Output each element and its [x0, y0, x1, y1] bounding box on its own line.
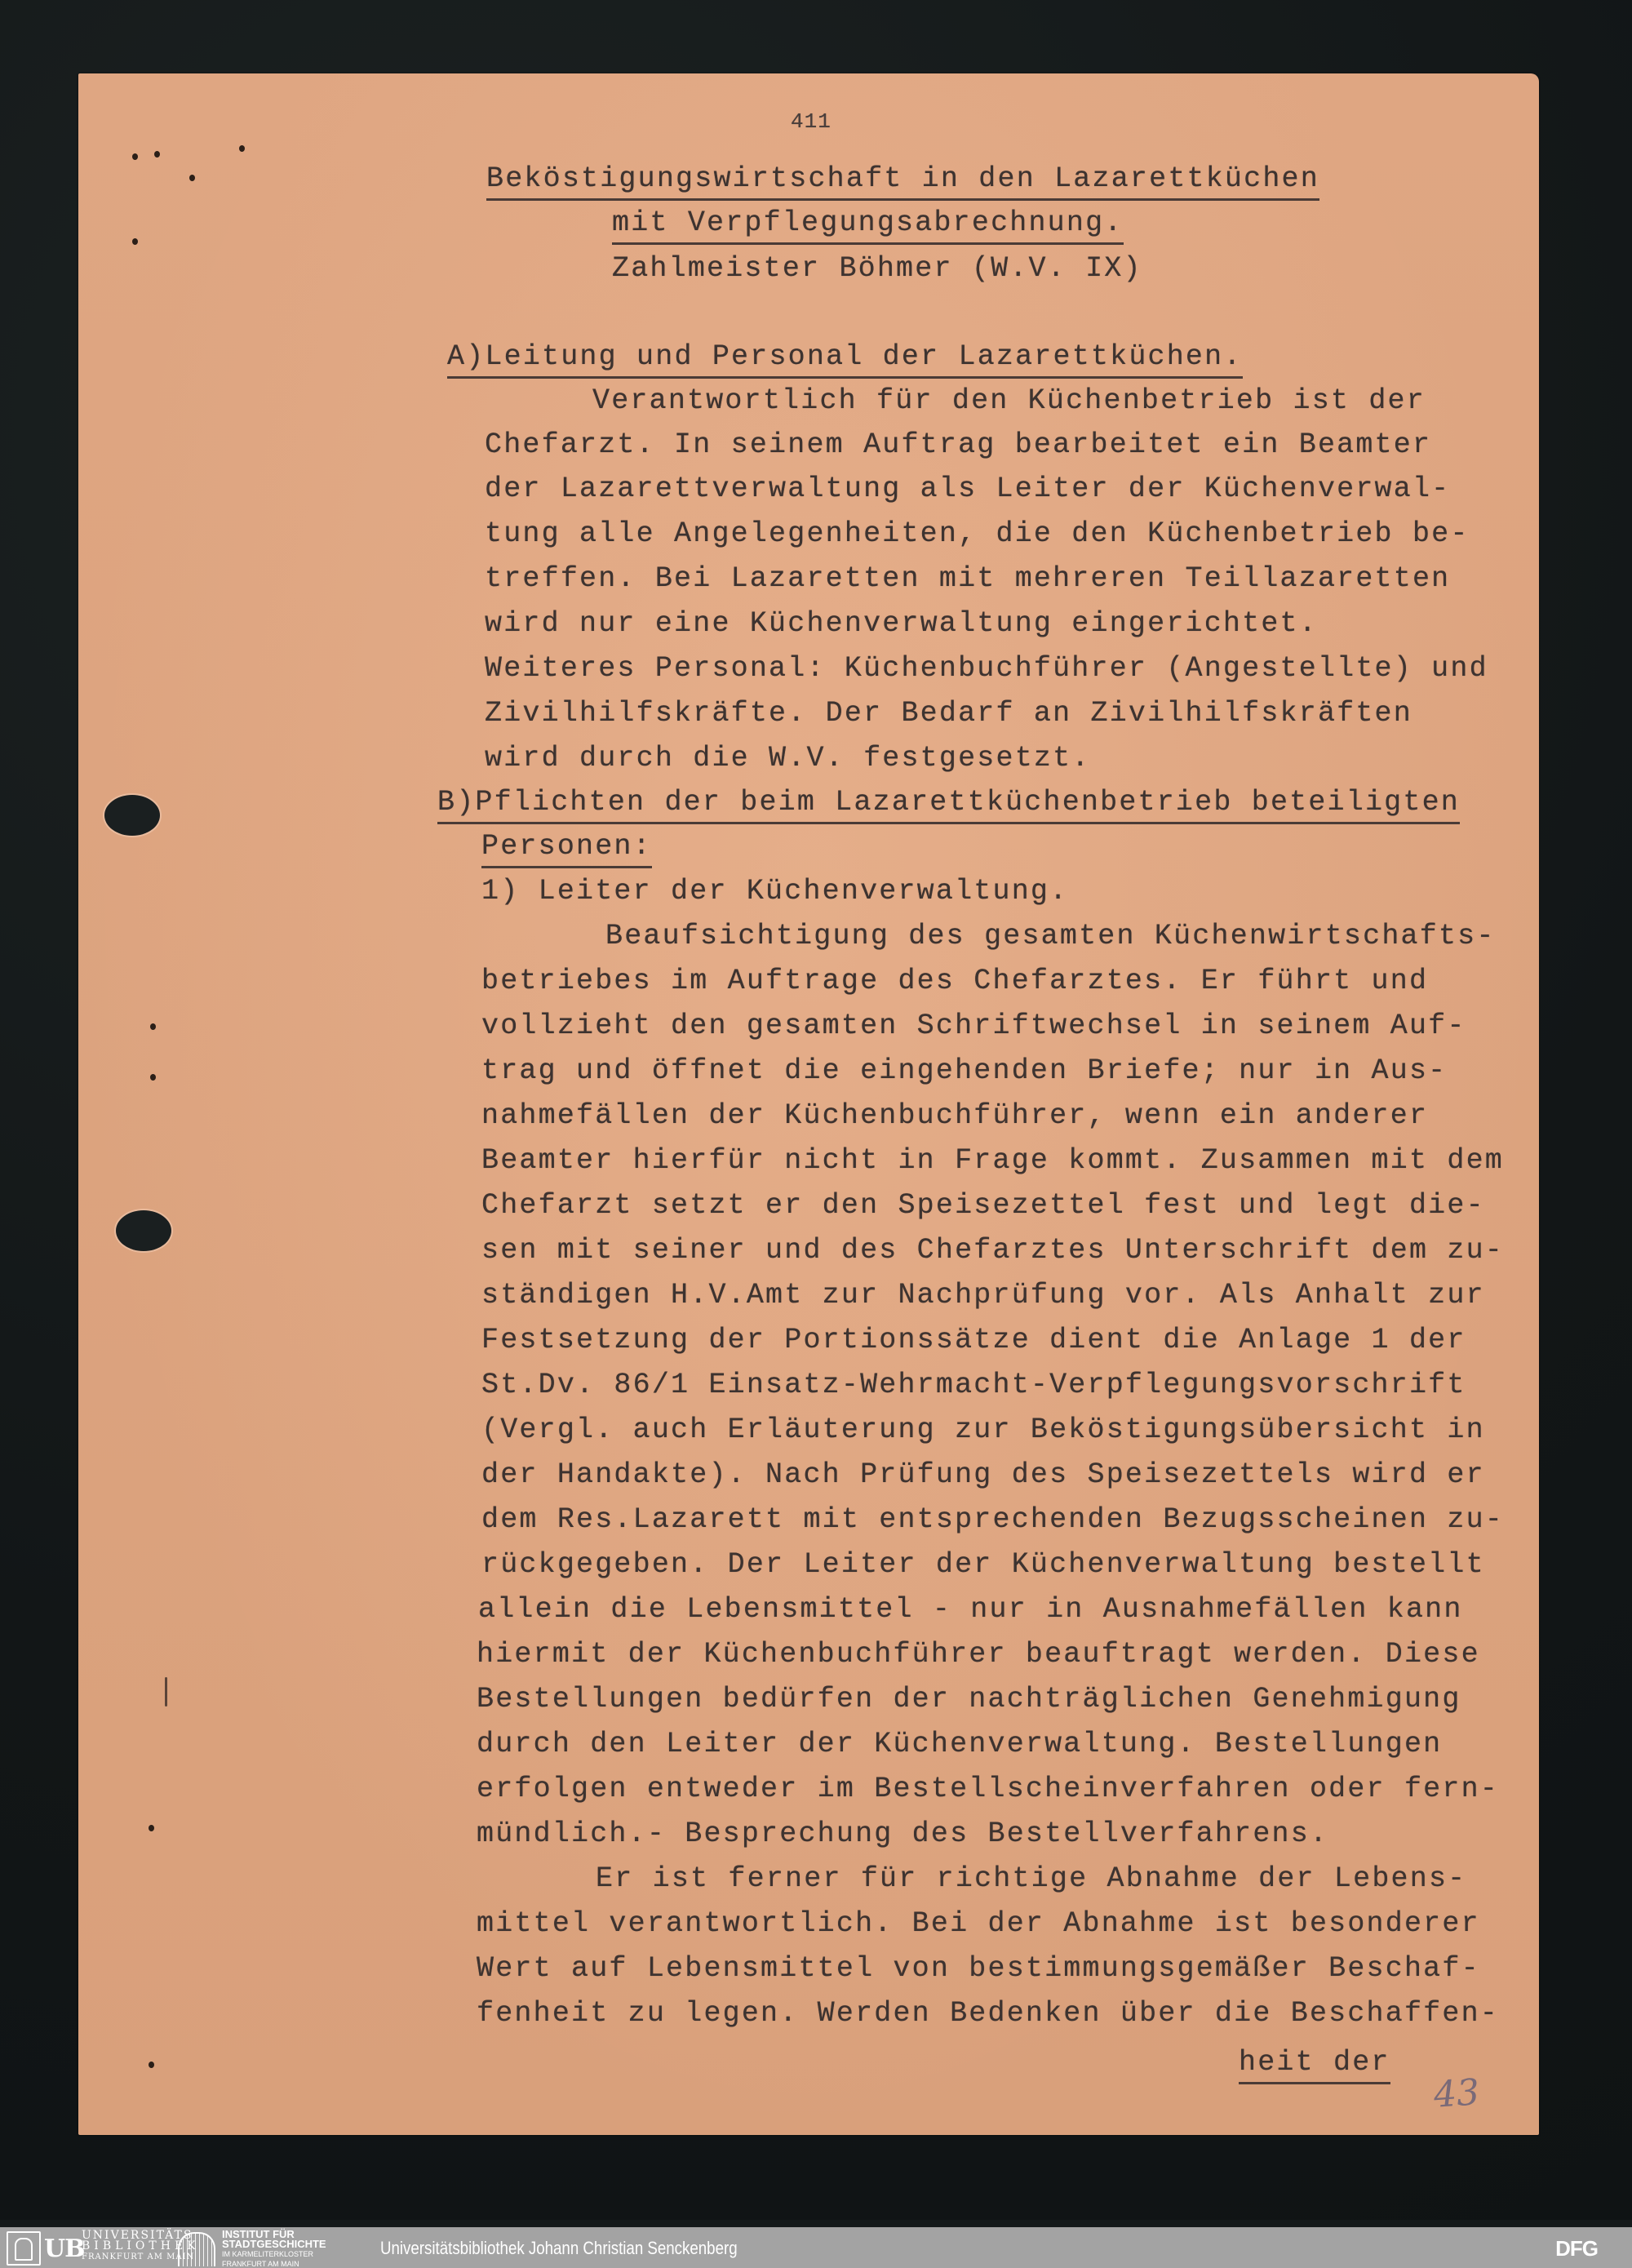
section-b-line: St.Dv. 86/1 Einsatz-Wehrmacht-Verpflegun…	[481, 1371, 1466, 1400]
margin-dot	[149, 2062, 154, 2068]
title-line-2: mit Verpflegungsabrechnung.	[612, 209, 1124, 245]
isg-wordmark: INSTITUT FÜR STADTGESCHICHTE IM KARMELIT…	[222, 2230, 326, 2268]
section-b-line: Er ist ferner für richtige Abnahme der L…	[596, 1865, 1466, 1893]
section-b-line: Chefarzt setzt er den Speisezettel fest …	[481, 1192, 1485, 1220]
catchword: heit der	[1239, 2048, 1390, 2084]
isg-line-2: STADTGESCHICHTE	[222, 2239, 326, 2249]
author-line: Zahlmeister Böhmer (W.V. IX)	[612, 255, 1142, 283]
section-a-line: Zivilhilfskräfte. Der Bedarf an Zivilhil…	[485, 699, 1412, 728]
section-a-line: der Lazarettverwaltung als Leiter der Kü…	[485, 475, 1450, 504]
section-b-heading-2: Personen:	[481, 832, 652, 868]
section-b-line: der Handakte). Nach Prüfung des Speiseze…	[481, 1461, 1485, 1489]
library-emblem-icon	[7, 2231, 41, 2266]
section-b-line: (Vergl. auch Erläuterung zur Beköstigung…	[481, 1416, 1485, 1445]
section-a-line: treffen. Bei Lazaretten mit mehreren Tei…	[485, 565, 1450, 593]
section-a-heading: A)Leitung und Personal der Lazarettküche…	[447, 343, 1243, 379]
section-a-line: wird durch die W.V. festgesetzt.	[485, 744, 1091, 773]
section-b-line: Beamter hierfür nicht in Frage kommt. Zu…	[481, 1147, 1504, 1175]
section-b-line: erfolgen entweder im Bestellscheinverfah…	[477, 1775, 1499, 1804]
section-a-line: Weiteres Personal: Küchenbuchführer (Ang…	[485, 655, 1488, 683]
footer-title: Universitätsbibliothek Johann Christian …	[380, 2238, 738, 2259]
margin-dot	[132, 153, 138, 160]
section-b-line: Festsetzung der Portionssätze dient die …	[481, 1326, 1466, 1355]
margin-dot	[150, 1074, 156, 1081]
section-b-line: trag und öffnet die eingehenden Briefe; …	[481, 1057, 1447, 1085]
margin-dot	[239, 145, 245, 152]
section-a-line: Chefarzt. In seinem Auftrag bearbeitet e…	[485, 431, 1431, 459]
section-b-line: fenheit zu legen. Werden Bedenken über d…	[477, 1999, 1499, 2028]
section-b-line: Bestellungen bedürfen der nachträglichen…	[477, 1685, 1461, 1714]
ub-logo: UB	[7, 2232, 85, 2265]
page-marker: 411	[791, 111, 832, 132]
document-page: 411 Beköstigungswirtschaft in den Lazare…	[78, 73, 1539, 2135]
margin-dot	[150, 1023, 156, 1030]
section-b-subheading: 1) Leiter der Küchenverwaltung.	[481, 877, 1068, 906]
gothic-window-icon	[178, 2232, 215, 2266]
section-b-line: vollzieht den gesamten Schriftwechsel in…	[481, 1012, 1466, 1041]
section-a-line: wird nur eine Küchenverwaltung eingerich…	[485, 610, 1318, 638]
section-b-heading-1: B)Pflichten der beim Lazarettküchenbetri…	[437, 788, 1460, 824]
section-b-line: sen mit seiner und des Chefarztes Unters…	[481, 1236, 1504, 1265]
punch-hole-bottom	[116, 1210, 171, 1251]
section-b-line: hiermit der Küchenbuchführer beauftragt …	[477, 1640, 1480, 1669]
section-b-line: mittel verantwortlich. Bei der Abnahme i…	[477, 1910, 1480, 1938]
dfg-logo: DFG	[1555, 2236, 1598, 2261]
section-b-line: allein die Lebensmittel - nur in Ausnahm…	[478, 1596, 1463, 1624]
footer-bar: UB UNIVERSITÄTS BIBLIOTHEK FRANKFURT AM …	[0, 2227, 1632, 2268]
section-b-line: durch den Leiter der Küchenverwaltung. B…	[477, 1730, 1442, 1759]
section-a-line: tung alle Angelegenheiten, die den Küche…	[485, 520, 1470, 548]
title-line-1: Beköstigungswirtschaft in den Lazarettkü…	[486, 165, 1319, 201]
section-b-line: ständigen H.V.Amt zur Nachprüfung vor. A…	[481, 1281, 1485, 1310]
section-b-line: rückgegeben. Der Leiter der Küchenverwal…	[481, 1551, 1485, 1579]
isg-line-3: IM KARMELITERKLOSTER	[222, 2249, 326, 2259]
section-a-line: Verantwortlich für den Küchenbetrieb ist…	[592, 387, 1426, 415]
margin-dot	[132, 238, 138, 245]
isg-line-4: FRANKFURT AM MAIN	[222, 2259, 326, 2268]
margin-mark	[165, 1677, 167, 1707]
section-b-line: betriebes im Auftrage des Chefarztes. Er…	[481, 967, 1428, 996]
margin-dot	[189, 175, 195, 181]
punch-hole-top	[104, 795, 160, 836]
section-b-line: Wert auf Lebensmittel von bestimmungsgem…	[477, 1955, 1480, 1983]
section-b-line: nahmefällen der Küchenbuchführer, wenn e…	[481, 1102, 1428, 1130]
ub-letters: UB	[44, 2235, 85, 2263]
margin-dot	[154, 151, 160, 158]
section-b-line: mündlich.- Besprechung des Bestellverfah…	[477, 1820, 1328, 1849]
section-b-line: dem Res.Lazarett mit entsprechenden Bezu…	[481, 1506, 1504, 1534]
handwritten-page-number: 43	[1432, 2071, 1480, 2116]
margin-dot	[149, 1825, 154, 1831]
section-b-line: Beaufsichtigung des gesamten Küchenwirts…	[605, 922, 1496, 951]
